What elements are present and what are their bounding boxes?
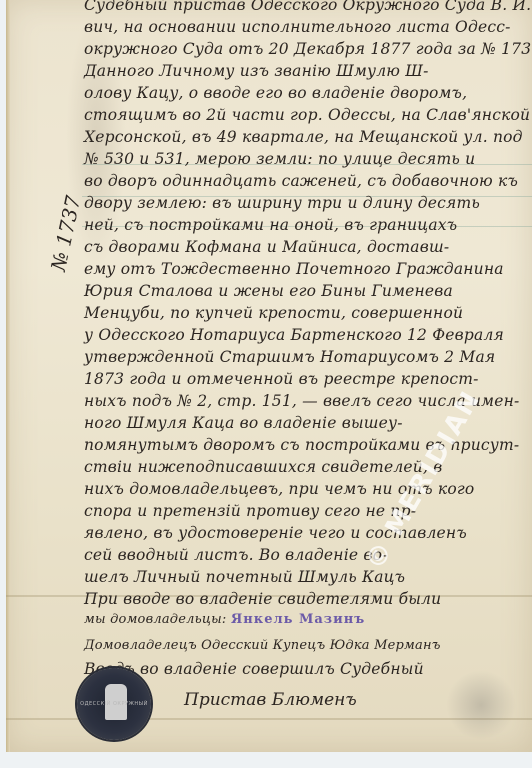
- signature-bailiff: Пристав Блюменъ: [184, 690, 357, 710]
- seal-text: ОДЕССКIЙ ОКРУЖНЫЙ СУДЪ: [77, 668, 151, 740]
- text-line: Домовладелецъ Одесский Купецъ Юдка Мерма…: [84, 638, 441, 653]
- text-line: окружного Суда отъ 20 Декабря 1877 года …: [84, 40, 532, 58]
- text-line: утвержденной Старшимъ Нотариусомъ 2 Мая: [84, 348, 495, 366]
- document-page: № 1737 Судебный пристав Одесского Окружн…: [6, 0, 532, 752]
- text-line: ней, съ постройками на оной, въ границах…: [84, 216, 457, 234]
- text-line: во дворъ одиннадцать саженей, съ добавоч…: [84, 172, 518, 190]
- text-line: шелъ Личный почетный Шмуль Кацъ: [84, 568, 405, 586]
- text-line: двору землею: въ ширину три и длину деся…: [84, 194, 480, 212]
- violet-signature: Янкель Мазинъ: [231, 612, 365, 627]
- text-line: спора и претензiй противу сего не пр-: [84, 502, 416, 520]
- text-line: стоящимъ во 2й части гор. Одессы, на Сла…: [84, 106, 530, 124]
- text-line: 1873 года и отмеченной въ реестре крепос…: [84, 370, 479, 388]
- witness-label: мы домовладельцы:: [84, 612, 231, 627]
- background-strip: [6, 752, 532, 768]
- text-line: ствiи нижеподписавшихся свидетелей, в: [84, 458, 442, 476]
- text-line: Данного Личному изъ званiю Шмулю Ш-: [84, 62, 429, 80]
- text-line: Юрия Сталова и жены его Бины Гименева: [84, 282, 453, 300]
- text-line: Судебный пристав Одесского Окружного Суд…: [84, 0, 532, 14]
- seal-stamp: ОДЕССКIЙ ОКРУЖНЫЙ СУДЪ: [77, 668, 151, 740]
- text-line: мы домовладельцы: Янкель Мазинъ: [84, 612, 365, 627]
- text-line: сей вводный листъ. Во владенiе во-: [84, 546, 388, 564]
- text-line: олову Кацу, о вводе его во владенiе двор…: [84, 84, 467, 102]
- text-line: съ дворами Кофмана и Майниса, доставш-: [84, 238, 449, 256]
- page-edge: [6, 0, 10, 752]
- text-line: Менцуби, по купчей крепости, совершенной: [84, 304, 463, 322]
- ink-smudge: [446, 670, 516, 740]
- text-line: вич, на основании исполнительного листа …: [84, 18, 511, 36]
- text-line: ного Шмуля Каца во владенiе вышеу-: [84, 414, 403, 432]
- text-line: у Одесского Нотариуса Бартенского 12 Фев…: [84, 326, 504, 344]
- text-line: № 530 и 531, мерою земли: по улице десят…: [84, 150, 475, 168]
- text-line: ему отъ Тождественно Почетного Гражданин…: [84, 260, 504, 278]
- text-line: При вводе во владенiе свидетелями были: [84, 590, 441, 608]
- text-line: Херсонской, въ 49 квартале, на Мещанской…: [84, 128, 523, 146]
